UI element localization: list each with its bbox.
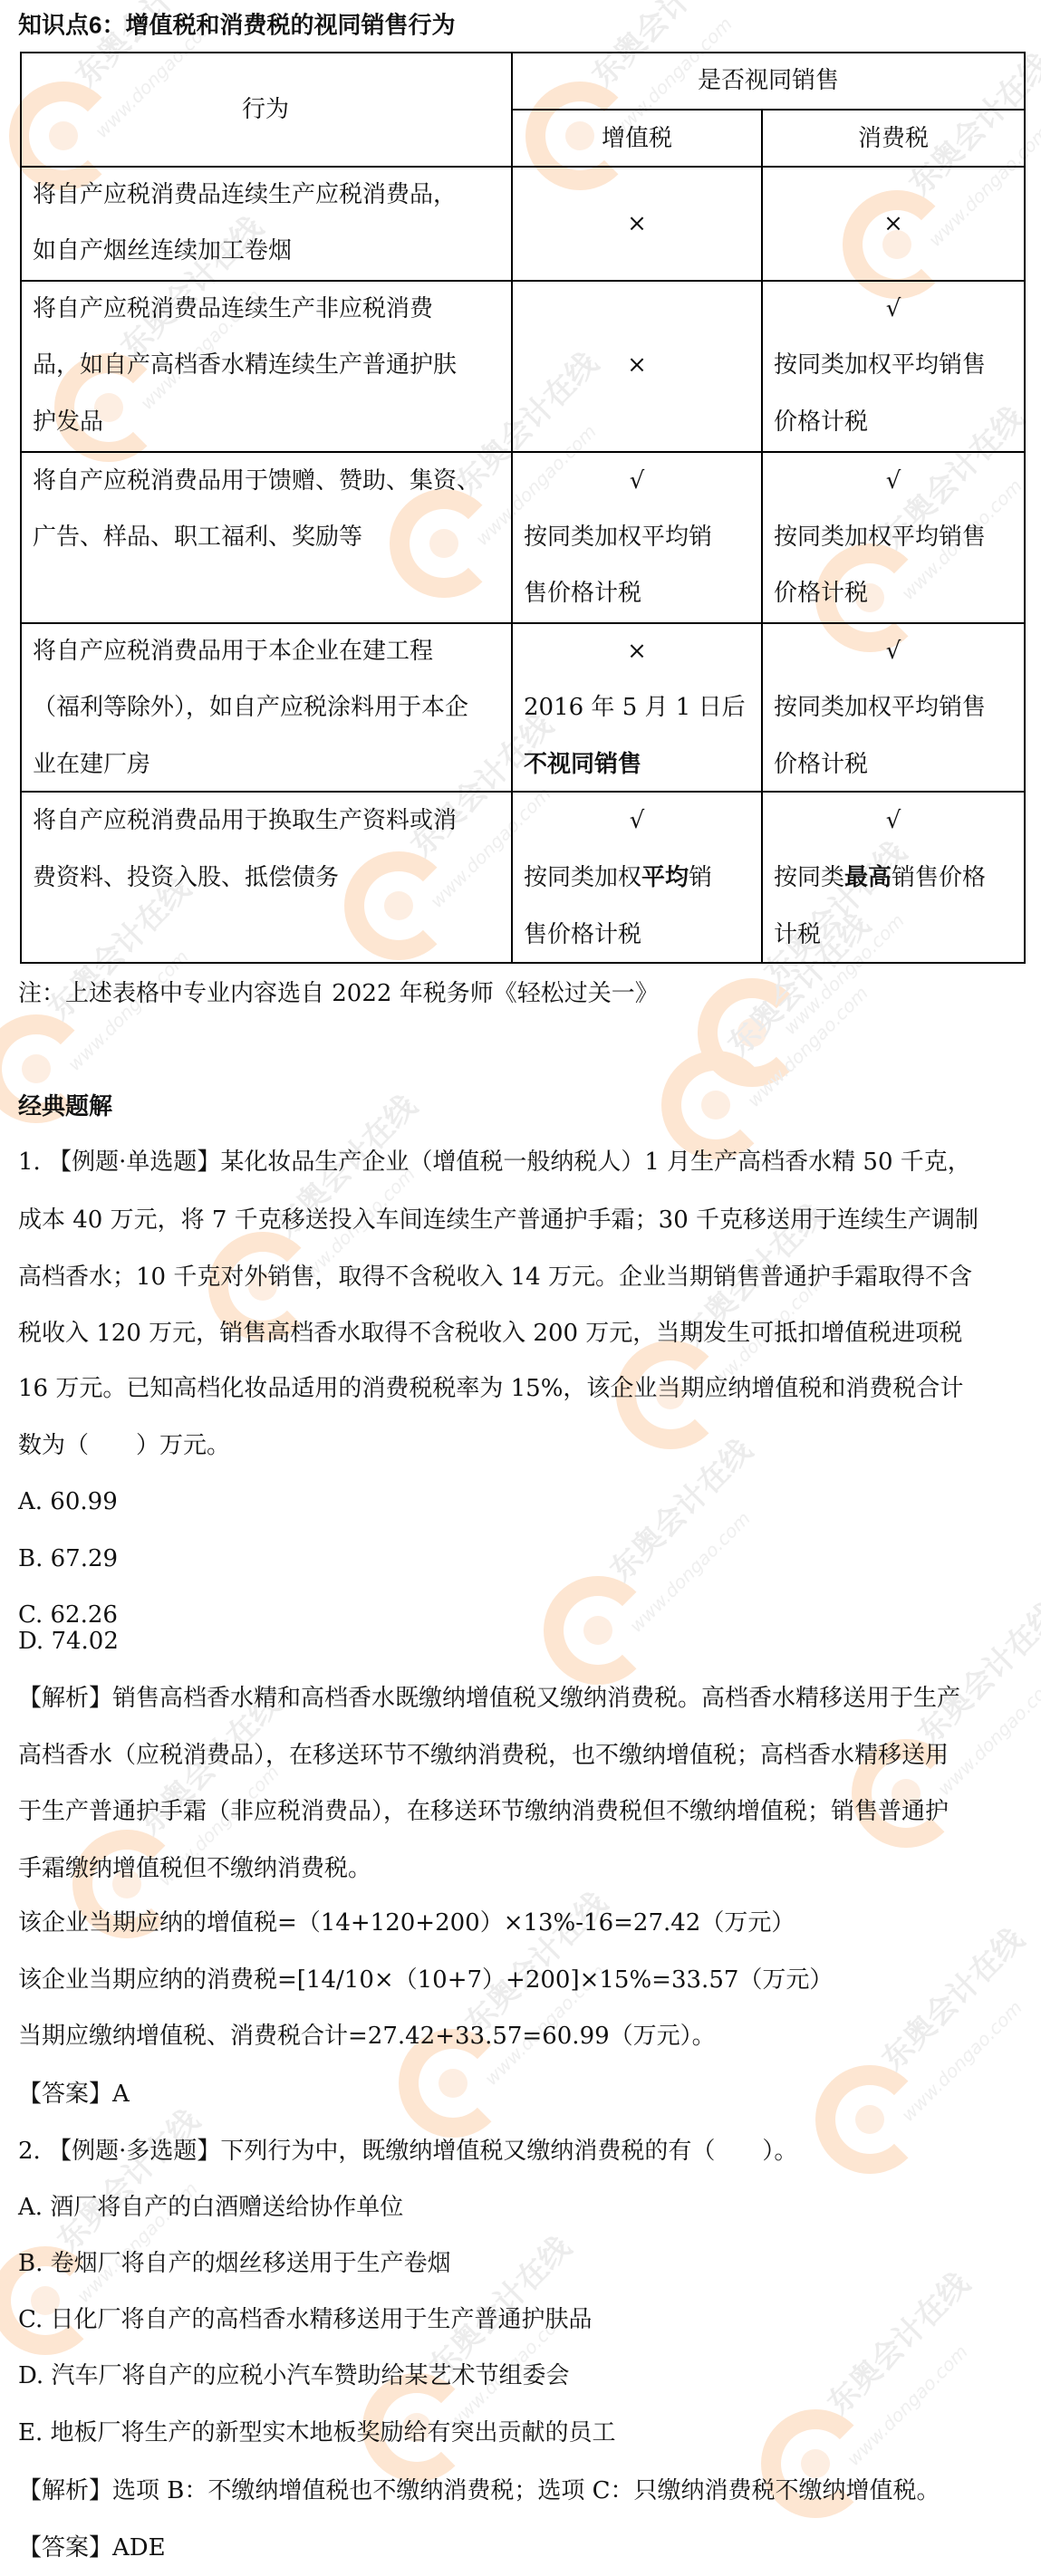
deemed-sales-table: 行为 是否视同销售 增值税 消费税 将自产应税消费品连续生产应税消费品， 如自产… — [20, 52, 1026, 963]
header-bottom-border — [20, 166, 1026, 168]
behavior-text: 将自产应税消费品连续生产应税消费品， — [33, 179, 457, 210]
section-heading: 经典题解 — [18, 1091, 112, 1122]
column-divider — [761, 109, 763, 964]
analysis-text: 高档香水（应税消费品），在移送环节不缴纳消费税，也不缴纳增值税；高档香水精移送用 — [18, 1740, 949, 1771]
table-border-top — [20, 52, 1026, 53]
header-behavior: 行为 — [242, 94, 289, 125]
behavior-text: （福利等除外），如自产应税涂料用于本企 — [33, 692, 468, 723]
behavior-text: 品，如自产高档香水精连续生产普通护肤 — [33, 350, 457, 380]
text-segment: 按同类 — [774, 864, 844, 891]
page-title: 知识点6：增值税和消费税的视同销售行为 — [18, 10, 456, 42]
header-vat: 增值税 — [602, 123, 672, 154]
cross-icon: × — [627, 208, 647, 239]
vat-not-deemed-text: 不视同销售 — [524, 749, 641, 780]
analysis-text: 【解析】选项 B：不缴纳增值税也不缴纳消费税；选项 C：只缴纳消费税不缴纳增值税… — [18, 2475, 940, 2506]
title-text: 增值税和消费税的视同销售行为 — [125, 13, 455, 40]
table-border-left — [20, 52, 22, 964]
ct-basis-text: 按同类最高销售价格 — [774, 862, 986, 893]
vat-formula: 该企业当期应纳的增值税=（14+120+200）×13%-16=27.42（万元… — [18, 1908, 795, 1938]
emphasis-highest: 最高 — [844, 864, 892, 891]
check-icon: √ — [886, 636, 901, 667]
option-a[interactable]: A. 酒厂将自产的白酒赠送给协作单位 — [18, 2192, 403, 2223]
question-text: 高档香水；10 千克对外销售，取得不含税收入 14 万元。企业当期销售普通护手霜… — [18, 1262, 972, 1293]
answer-text: 【答案】A — [18, 2079, 130, 2110]
behavior-text: 将自产应税消费品用于本企业在建工程 — [33, 636, 433, 667]
question-text: 数为（ ）万元。 — [18, 1430, 230, 1461]
check-icon: √ — [886, 805, 901, 836]
total-formula: 当期应缴纳增值税、消费税合计=27.42+33.57=60.99（万元）。 — [18, 2021, 716, 2052]
behavior-text: 如自产烟丝连续加工卷烟 — [33, 235, 292, 266]
header-consumption-tax: 消费税 — [858, 123, 929, 154]
header-is-deemed-sale: 是否视同销售 — [698, 65, 839, 96]
text-segment: 销 — [689, 864, 712, 891]
question-text: 成本 40 万元，将 7 千克移送投入车间连续生产普通护手霜；30 千克移送用于… — [18, 1205, 978, 1235]
behavior-text: 广告、样品、职工福利、奖励等 — [33, 522, 362, 553]
ct-basis-text: 按同类加权平均销售 — [774, 350, 986, 380]
check-icon: √ — [886, 466, 901, 496]
vat-basis-text: 售价格计税 — [524, 919, 641, 950]
table-border-right — [1024, 52, 1026, 964]
option-a[interactable]: A. 60.99 — [18, 1486, 118, 1517]
option-d[interactable]: D. 汽车厂将自产的应税小汽车赞助给某艺术节组委会 — [18, 2360, 569, 2391]
question-text: 2. 【例题·多选题】下列行为中，既缴纳增值税又缴纳消费税的有（ ）。 — [18, 2136, 797, 2167]
behavior-text: 费资料、投资入股、抵偿债务 — [33, 862, 339, 893]
ct-basis-text: 价格计税 — [774, 578, 868, 609]
analysis-text: 手霜缴纳增值税但不缴纳消费税。 — [18, 1853, 371, 1884]
ct-basis-text: 价格计税 — [774, 749, 868, 780]
title-prefix: 知识点 — [18, 13, 89, 40]
consumption-tax-formula: 该企业当期应纳的消费税=[14/10×（10+7）+200]×15%=33.57… — [18, 1965, 833, 1995]
check-icon: √ — [630, 466, 645, 496]
cross-icon: × — [627, 636, 647, 667]
behavior-text: 将自产应税消费品用于换取生产资料或消 — [33, 805, 457, 836]
ct-basis-text: 价格计税 — [774, 407, 868, 437]
text-segment: 按同类加权 — [524, 864, 641, 891]
answer-text: 【答案】ADE — [18, 2533, 166, 2563]
vat-basis-text: 按同类加权平均销 — [524, 862, 712, 893]
emphasis-average: 平均 — [641, 864, 689, 891]
table-note: 注：上述表格中专业内容选自 2022 年税务师《轻松过关一》 — [18, 978, 659, 1009]
question-text: 1. 【例题·单选题】某化妆品生产企业（增值税一般纳税人）1 月生产高档香水精 … — [18, 1147, 971, 1177]
behavior-text: 业在建厂房 — [33, 749, 150, 780]
cross-icon: × — [627, 350, 647, 380]
text-segment: 销售价格 — [892, 864, 986, 891]
behavior-text: 护发品 — [33, 407, 103, 437]
title-number: 6： — [89, 12, 125, 39]
row-divider — [20, 280, 1026, 282]
ct-basis-text: 按同类加权平均销售 — [774, 692, 986, 723]
option-c[interactable]: C. 日化厂将自产的高档香水精移送用于生产普通护肤品 — [18, 2304, 593, 2335]
ct-basis-text: 按同类加权平均销售 — [774, 522, 986, 553]
document-page: 知识点6：增值税和消费税的视同销售行为 行为 是否视同销售 增值税 消费税 将自… — [0, 0, 1041, 2576]
row-divider — [20, 791, 1026, 793]
ct-basis-text: 计税 — [774, 919, 821, 950]
behavior-text: 将自产应税消费品用于馈赠、赞助、集资、 — [33, 466, 480, 496]
row-divider — [20, 451, 1026, 453]
header-divider — [511, 109, 1026, 111]
option-e[interactable]: E. 地板厂将生产的新型实木地板奖励给有突出贡献的员工 — [18, 2417, 616, 2448]
vat-basis-text: 2016 年 5 月 1 日后 — [524, 692, 746, 723]
vat-basis-text: 售价格计税 — [524, 578, 641, 609]
analysis-text: 【解析】销售高档香水精和高档香水既缴纳增值税又缴纳消费税。高档香水精移送用于生产 — [18, 1683, 960, 1714]
table-border-bottom — [20, 962, 1026, 964]
cross-icon: × — [883, 208, 903, 239]
option-b[interactable]: B. 卷烟厂将自产的烟丝移送用于生产卷烟 — [18, 2248, 451, 2279]
analysis-text: 于生产普通护手霜（非应税消费品），在移送环节缴纳消费税但不缴纳增值税；销售普通护 — [18, 1796, 949, 1827]
check-icon: √ — [630, 805, 645, 836]
question-text: 税收入 120 万元，销售高档香水取得不含税收入 200 万元，当期发生可抵扣增… — [18, 1318, 962, 1349]
check-icon: √ — [886, 293, 901, 324]
behavior-text: 将自产应税消费品连续生产非应税消费 — [33, 293, 433, 324]
column-divider — [511, 52, 513, 964]
vat-basis-text: 按同类加权平均销 — [524, 522, 712, 553]
question-text: 16 万元。已知高档化妆品适用的消费税税率为 15%，该企业当期应纳增值税和消费… — [18, 1373, 963, 1404]
row-divider — [20, 622, 1026, 624]
option-d[interactable]: D. 74.02 — [18, 1626, 119, 1657]
option-b[interactable]: B. 67.29 — [18, 1543, 118, 1574]
